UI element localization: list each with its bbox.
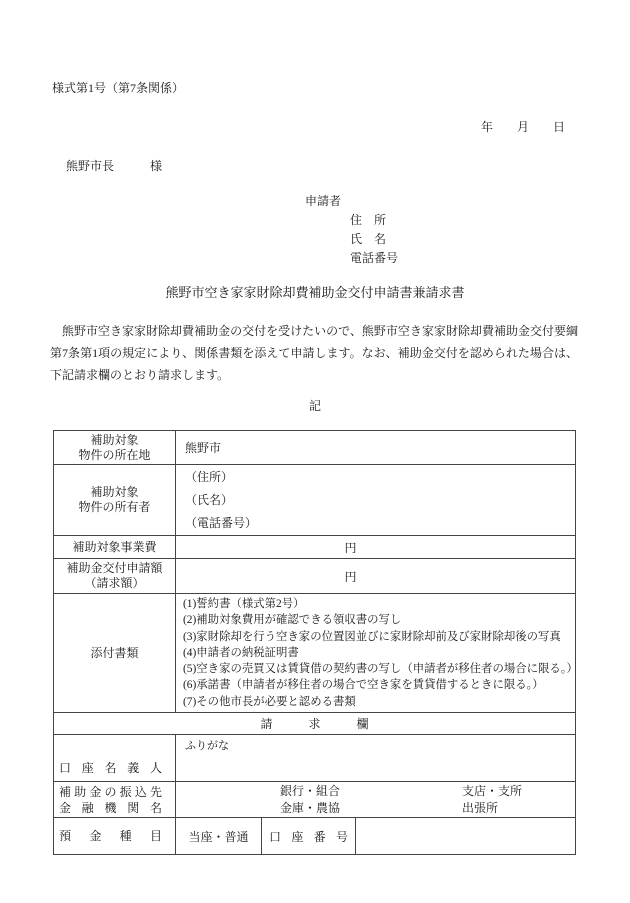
applicant-fields: 住 所 氏 名 電話番号 [350, 211, 398, 268]
branch-type-options: 支店・支所 出張所 [462, 783, 522, 817]
account-number-label: 口座番号 [262, 818, 356, 855]
attachment-item: (5)空き家の売買又は賃貸借の契約書の写し（申請者が移住者の場合に限る。） [183, 661, 573, 677]
date-line: 年 月 日 [481, 118, 565, 135]
attachments-row: 添付書類 (1)誓約書（様式第2号） (2)補助対象費用が確認できる領収書の写し… [54, 594, 576, 713]
deposit-type-label: 預金種目 [54, 818, 176, 855]
account-holder-row: 口座名義人 ふりがな [54, 735, 576, 782]
property-location-value: 熊野市 [176, 431, 576, 465]
applicant-field-name: 氏 名 [350, 230, 398, 249]
attachment-item: (4)申請者の納税証明書 [183, 645, 573, 661]
attachment-item: (1)誓約書（様式第2号） [183, 596, 573, 612]
request-section-title: 請 求 欄 [54, 713, 576, 735]
attachment-item: (3)家財除却を行う空き家の位置図並びに家財除却前及び家財除却後の写真 [183, 629, 573, 645]
bank-transfer-row: 補助金の振込先 金融機関名 銀行・組合 金庫・農協 支店・支所 出張所 [54, 782, 576, 818]
request-section-row: 請 求 欄 [54, 713, 576, 735]
account-holder-value-cell: ふりがな [176, 735, 576, 782]
project-cost-value: 円 [176, 536, 576, 559]
attachment-item: (7)その他市長が必要と認める書類 [183, 694, 573, 710]
addressee-name: 熊野市長 [66, 159, 114, 173]
account-number-value-cell [356, 818, 576, 855]
applicant-field-address: 住 所 [350, 211, 398, 230]
account-holder-label: 口座名義人 [54, 735, 176, 782]
property-location-label: 補助対象 物件の所在地 [54, 431, 176, 465]
attachments-list: (1)誓約書（様式第2号） (2)補助対象費用が確認できる領収書の写し (3)家… [176, 594, 576, 713]
document-page: 様式第1号（第7条関係） 年 月 日 熊野市長様 申請者 住 所 氏 名 電話番… [0, 0, 630, 903]
deposit-row: 預金種目 当座・普通 口座番号 [54, 818, 576, 855]
bank-transfer-value-cell: 銀行・組合 金庫・農協 支店・支所 出張所 [176, 782, 576, 818]
document-title: 熊野市空き家家財除却費補助金交付申請書兼請求書 [0, 282, 630, 301]
grant-amount-row: 補助金交付申請額 （請求額） 円 [54, 559, 576, 594]
deposit-type-options: 当座・普通 [176, 818, 262, 855]
property-owner-label: 補助対象 物件の所有者 [54, 465, 176, 536]
attachments-label: 添付書類 [54, 594, 176, 713]
addressee-honorific: 様 [150, 157, 162, 174]
bank-transfer-label: 補助金の振込先 金融機関名 [54, 782, 176, 818]
applicant-label: 申請者 [305, 192, 398, 211]
property-owner-value: （住所） （氏名） （電話番号） [176, 465, 576, 536]
applicant-block: 申請者 住 所 氏 名 電話番号 [305, 192, 398, 268]
application-table: 補助対象 物件の所在地 熊野市 補助対象 物件の所有者 （住所） （氏名） （電… [53, 430, 576, 855]
ki-marker: 記 [0, 397, 630, 414]
grant-amount-label: 補助金交付申請額 （請求額） [54, 559, 176, 594]
form-number: 様式第1号（第7条関係） [52, 79, 184, 96]
applicant-field-phone: 電話番号 [350, 249, 398, 268]
institution-type-options: 銀行・組合 金庫・農協 [280, 783, 340, 817]
grant-amount-value: 円 [176, 559, 576, 594]
furigana-label: ふりがな [185, 737, 575, 753]
attachment-item: (6)承諾書（申請者が移住者の場合で空き家を賃貸借するときに限る。） [183, 677, 573, 693]
attachment-item: (2)補助対象費用が確認できる領収書の写し [183, 612, 573, 628]
property-location-row: 補助対象 物件の所在地 熊野市 [54, 431, 576, 465]
project-cost-row: 補助対象事業費 円 [54, 536, 576, 559]
body-paragraph: 熊野市空き家家財除却費補助金の交付を受けたいので、熊野市空き家家財除却費補助金交… [50, 320, 578, 386]
project-cost-label: 補助対象事業費 [54, 536, 176, 559]
property-owner-row: 補助対象 物件の所有者 （住所） （氏名） （電話番号） [54, 465, 576, 536]
addressee-line: 熊野市長様 [66, 157, 162, 174]
